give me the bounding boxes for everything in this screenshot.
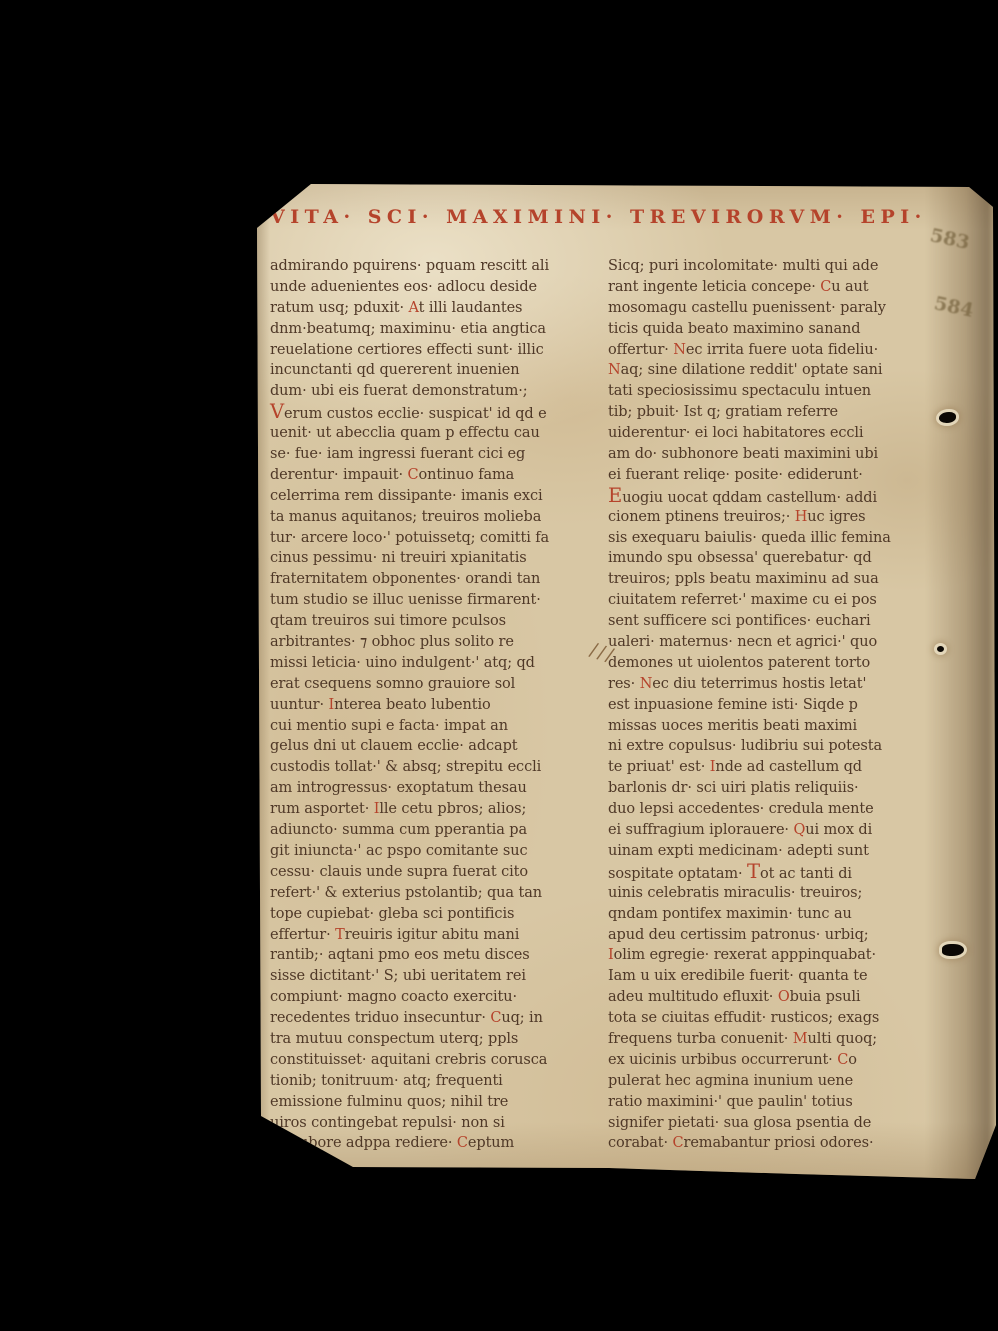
ink-text: unde aduenientes eos· adlocu deside (270, 279, 537, 295)
ink-text: pulerat hec agmina inunium uene (608, 1073, 853, 1089)
ink-text: am introgressus· exoptatum thesau (270, 780, 527, 796)
rubricated-initial: E (608, 484, 622, 507)
manuscript-text-line: qtam treuiros sui timore pculsos (270, 611, 588, 632)
manuscript-text-line: demones ut uiolentos paterent torto (608, 653, 944, 674)
manuscript-text-line: dnm·beatumq; maximinu· etia angtica (270, 319, 588, 340)
rubricated-initial: T (335, 927, 345, 943)
manuscript-text-line: res· Nec diu teterrimus hostis letat' (608, 674, 944, 695)
rubricated-initial: O (778, 989, 790, 1005)
ink-text: refert·' & exterius pstolantib; qua tan (270, 885, 542, 901)
ink-text: corabat· (608, 1135, 673, 1151)
ink-text: tum studio se illuc uenisse firmarent· (270, 592, 541, 608)
ink-text: ec irrita fuere uota fideliu· (686, 342, 878, 358)
ink-text: ontinuo fama (418, 467, 514, 483)
manuscript-text-line: refert·' & exterius pstolantib; qua tan (270, 883, 588, 904)
ink-text: ot ac tanti di (760, 866, 852, 882)
ink-text: ticis quida beato maximino sanand (608, 321, 860, 337)
manuscript-text-line: Iolim egregie· rexerat apppinquabat· (608, 945, 944, 966)
ink-text: tota se ciuitas effudit· rusticos; exags (608, 1010, 879, 1026)
manuscript-text-line: sis exequaru baiulis· queda illic femina (608, 528, 944, 549)
ink-text: sent sufficere sci pontifices· euchari (608, 613, 871, 629)
ink-text: arbitrantes· ⁊ obhoc plus solito re (270, 634, 514, 650)
ink-text: incunctanti qd quererent inuenien (270, 362, 519, 378)
ink-text: treuiros; ppls beatu maximinu ad sua (608, 571, 879, 587)
ink-text: nterea beato lubentio (334, 697, 490, 713)
ink-text: ratum usq; pduxit· (270, 300, 409, 316)
manuscript-text-line: uiros contingebat repulsi· non si (270, 1113, 588, 1134)
manuscript-text-line: ratio maximini·' que paulin' totius (608, 1092, 944, 1113)
manuscript-text-line: gelus dni ut clauem ecclie· adcapt (270, 736, 588, 757)
ink-text: fraternitatem obponentes· orandi tan (270, 571, 540, 587)
ink-text: ulti quoq; (807, 1031, 877, 1047)
ink-text: tib; pbuit· Ist q; gratiam referre (608, 404, 838, 420)
ink-text: qndam pontifex maximin· tunc au (608, 906, 852, 922)
rubricated-initial: H (795, 509, 808, 525)
manuscript-text-line: ei fuerant reliqe· posite· ediderunt· (608, 465, 944, 486)
ink-text: git iniuncta·' ac pspo comitante suc (270, 843, 528, 859)
rubricated-initial: V (270, 400, 284, 423)
manuscript-text-line: ualeri· maternus· necn et agrici·' quo (608, 632, 944, 653)
ink-text: Sicq; puri incolomitate· multi qui ade (608, 258, 878, 274)
manuscript-text-line: signifer pietati· sua glosa psentia de (608, 1113, 944, 1134)
manuscript-text-line: qndam pontifex maximin· tunc au (608, 904, 944, 925)
ink-text: dum· ubi eis fuerat demonstratum·; (270, 383, 528, 399)
ink-text: cionem ptinens treuiros;· (608, 509, 795, 525)
manuscript-text-line: emissione fulminu quos; nihil tre (270, 1092, 588, 1113)
ink-text: ni extre copulsus· ludibriu sui potesta (608, 738, 882, 754)
ink-text: compiunt· magno coacto exercitu· (270, 989, 517, 1005)
ink-text: buia psuli (790, 989, 861, 1005)
manuscript-text-line: rant ingente leticia concepe· Cu aut (608, 277, 944, 298)
manuscript-text-line: Sicq; puri incolomitate· multi qui ade (608, 256, 944, 277)
manuscript-text-line: cessu· clauis unde supra fuerat cito (270, 862, 588, 883)
ink-text: demones ut uiolentos paterent torto (608, 655, 870, 671)
rubric-title: VITA· SCI· MAXIMINI· TREVIRORVM· EPI· (270, 206, 970, 228)
ink-text: tra mutuu conspectum uterq; ppls (270, 1031, 518, 1047)
rubricated-initial: M (793, 1031, 808, 1047)
manuscript-text-line: frequens turba conuenit· Multi quoq; (608, 1029, 944, 1050)
ink-text: rum asportet· (270, 801, 374, 817)
ink-text: ratio maximini·' que paulin' totius (608, 1094, 853, 1110)
ink-text: eptum (468, 1135, 514, 1151)
manuscript-text-line: dum· ubi eis fuerat demonstratum·; (270, 381, 588, 402)
ink-text: tope cupiebat· gleba sci pontificis (270, 906, 514, 922)
parchment-page: VITA· SCI· MAXIMINI· TREVIRORVM· EPI· ad… (256, 180, 996, 1182)
ink-text: lle cetu pbros; alios; (379, 801, 526, 817)
manuscript-text-line: custodis tollat·' & absq; strepitu eccli (270, 757, 588, 778)
ink-text: remabantur priosi odores· (684, 1135, 874, 1151)
manuscript-text-line: tum studio se illuc uenisse firmarent· (270, 590, 588, 611)
manuscript-text-line: fraternitatem obponentes· orandi tan (270, 569, 588, 590)
ink-text: ta manus aquitanos; treuiros molieba (270, 509, 541, 525)
manuscript-text-line: Naq; sine dilatione reddit' optate sani (608, 360, 944, 381)
manuscript-text-line: tota se ciuitas effudit· rusticos; exags (608, 1008, 944, 1029)
manuscript-text-line: te priuat' est· Inde ad castellum qd (608, 757, 944, 778)
ink-text: te priuat' est· (608, 759, 710, 775)
ink-text: se· fue· iam ingressi fuerant cici eg (270, 446, 525, 462)
ink-text: uc igres (807, 509, 865, 525)
ink-text: ei suffragium iplorauere· (608, 822, 793, 838)
manuscript-text-line: uenit· ut abecclia quam p effectu cau (270, 423, 588, 444)
manuscript-text-line: tope cupiebat· gleba sci pontificis (270, 904, 588, 925)
manuscript-text-line: derentur· impauit· Continuo fama (270, 465, 588, 486)
ink-text: erum custos ecclie· suspicat' id qd e (284, 406, 547, 422)
ink-text: admirando pquirens· pquam rescitt ali (270, 258, 549, 274)
manuscript-text-line: ratum usq; pduxit· At illi laudantes (270, 298, 588, 319)
manuscript-text-line: rum asportet· Ille cetu pbros; alios; (270, 799, 588, 820)
ink-text: adiuncto· summa cum pperantia pa (270, 822, 527, 838)
left-edge-shadow (256, 180, 270, 1182)
ink-text: custodis tollat·' & absq; strepitu eccli (270, 759, 541, 775)
manuscript-text-line: git iniuncta·' ac pspo comitante suc (270, 841, 588, 862)
manuscript-text-line: adiuncto· summa cum pperantia pa (270, 820, 588, 841)
manuscript-text-line: cui mentio supi e facta· impat an (270, 716, 588, 737)
manuscript-text-line: tur· arcere loco·' potuissetq; comitti f… (270, 528, 588, 549)
text-column-left: admirando pquirens· pquam rescitt aliund… (270, 256, 588, 1154)
ink-text: ec diu teterrimus hostis letat' (652, 676, 866, 692)
ink-text: apud deu certissim patronus· urbiq; (608, 927, 869, 943)
manuscript-photo-background: VITA· SCI· MAXIMINI· TREVIRORVM· EPI· ad… (0, 0, 998, 1331)
rubricated-initial: T (747, 860, 760, 883)
ink-text: adeu multitudo efluxit· (608, 989, 778, 1005)
manuscript-text-line: ex uicinis urbibus occurrerunt· Co (608, 1050, 944, 1071)
manuscript-text-line: sospitate optatam· Tot ac tanti di (608, 862, 944, 883)
rubricated-initial: N (640, 676, 653, 692)
rubricated-initial: N (608, 362, 621, 378)
ink-text: uiderentur· ei loci habitatores eccli (608, 425, 863, 441)
rubricated-initial: N (673, 342, 686, 358)
ink-text: gelus dni ut clauem ecclie· adcapt (270, 738, 518, 754)
manuscript-text-line: am introgressus· exoptatum thesau (270, 778, 588, 799)
ink-text: barlonis dr· sci uiri platis reliquiis· (608, 780, 859, 796)
manuscript-text-line: tionib; tonitruum· atq; frequenti (270, 1071, 588, 1092)
ink-text: tur· arcere loco·' potuissetq; comitti f… (270, 530, 549, 546)
ink-text: uogiu uocat qddam castellum· addi (622, 490, 877, 506)
manuscript-text-line: ei suffragium iplorauere· Qui mox di (608, 820, 944, 841)
manuscript-text-line: offertur· Nec irrita fuere uota fideliu· (608, 340, 944, 361)
ink-text: offertur· (608, 342, 673, 358)
manuscript-text-line: admirando pquirens· pquam rescitt ali (270, 256, 588, 277)
manuscript-text-line: rantib;· aqtani pmo eos metu disces (270, 945, 588, 966)
ink-text: imundo spu obsessa' querebatur· qd (608, 550, 872, 566)
manuscript-text-line: se· fue· iam ingressi fuerant cici eg (270, 444, 588, 465)
manuscript-text-line: sisse dictitant·' S; ubi ueritatem rei (270, 966, 588, 987)
ink-text: mosomagu castellu puenissent· paraly (608, 300, 886, 316)
manuscript-text-line: reuelatione certiores effecti sunt· illi… (270, 340, 588, 361)
manuscript-text-line: uuntur· Interea beato lubentio (270, 695, 588, 716)
ink-text: recedentes triduo insecuntur· (270, 1010, 490, 1026)
manuscript-text-line: cionem ptinens treuiros;· Huc igres (608, 507, 944, 528)
ink-text: uenit· ut abecclia quam p effectu cau (270, 425, 540, 441)
rubricated-initial: Q (793, 822, 805, 838)
ink-text: nde ad castellum qd (715, 759, 862, 775)
manuscript-text-line: pulerat hec agmina inunium uene (608, 1071, 944, 1092)
manuscript-text-line: tib; pbuit· Ist q; gratiam referre (608, 402, 944, 423)
manuscript-text-line: celerrima rem dissipante· imanis exci (270, 486, 588, 507)
ink-text: res· (608, 676, 640, 692)
manuscript-text-line: ne rubore adppa rediere· Ceptum (270, 1133, 588, 1154)
ink-text: uq; in (501, 1010, 543, 1026)
ink-text: Iam u uix eredibile fuerit· quanta te (608, 968, 868, 984)
ink-text: sis exequaru baiulis· queda illic femina (608, 530, 891, 546)
ink-text: derentur· impauit· (270, 467, 407, 483)
manuscript-text-line: effertur· Treuiris igitur abitu mani (270, 925, 588, 946)
rubricated-initial: C (407, 467, 418, 483)
manuscript-text-line: tati speciosissimu spectaculu intuen (608, 381, 944, 402)
rubricated-initial: C (837, 1052, 848, 1068)
ink-text: signifer pietati· sua glosa psentia de (608, 1115, 871, 1131)
manuscript-text-line: arbitrantes· ⁊ obhoc plus solito re (270, 632, 588, 653)
ink-text: duo lepsi accedentes· credula mente (608, 801, 874, 817)
manuscript-text-line: corabat· Cremabantur priosi odores· (608, 1133, 944, 1154)
manuscript-text-line: cinus pessimu· ni treuiri xpianitatis (270, 548, 588, 569)
ink-text: uinis celebratis miraculis· treuiros; (608, 885, 862, 901)
ink-text: dnm·beatumq; maximinu· etia angtica (270, 321, 546, 337)
manuscript-text-line: tra mutuu conspectum uterq; ppls (270, 1029, 588, 1050)
manuscript-text-line: uiderentur· ei loci habitatores eccli (608, 423, 944, 444)
rubricated-initial: C (490, 1010, 501, 1026)
ink-text: uuntur· (270, 697, 329, 713)
ink-text: rant ingente leticia concepe· (608, 279, 820, 295)
ink-text: effertur· (270, 927, 335, 943)
manuscript-text-line: Euogiu uocat qddam castellum· addi (608, 486, 944, 507)
ink-text: cessu· clauis unde supra fuerat cito (270, 864, 528, 880)
ink-text: ei fuerant reliqe· posite· ediderunt· (608, 467, 863, 483)
rubricated-initial: C (673, 1135, 684, 1151)
ink-text: celerrima rem dissipante· imanis exci (270, 488, 543, 504)
rubricated-initial: A (409, 300, 419, 316)
manuscript-text-line: ni extre copulsus· ludibriu sui potesta (608, 736, 944, 757)
ink-text: frequens turba conuenit· (608, 1031, 793, 1047)
manuscript-text-line: sent sufficere sci pontifices· euchari (608, 611, 944, 632)
manuscript-text-line: barlonis dr· sci uiri platis reliquiis· (608, 778, 944, 799)
manuscript-text-line: mosomagu castellu puenissent· paraly (608, 298, 944, 319)
ink-text: ui mox di (805, 822, 872, 838)
manuscript-text-line: imundo spu obsessa' querebatur· qd (608, 548, 944, 569)
manuscript-text-line: ta manus aquitanos; treuiros molieba (270, 507, 588, 528)
ink-text: uiros contingebat repulsi· non si (270, 1115, 505, 1131)
manuscript-text-line: uinis celebratis miraculis· treuiros; (608, 883, 944, 904)
ink-text: uinam expti medicinam· adepti sunt (608, 843, 869, 859)
manuscript-text-line: ticis quida beato maximino sanand (608, 319, 944, 340)
ink-text: ne rubore adppa rediere· (270, 1135, 457, 1151)
ink-text: u aut (831, 279, 868, 295)
ink-text: olim egregie· rexerat apppinquabat· (614, 947, 876, 963)
wormhole (937, 646, 944, 652)
ink-text: o (848, 1052, 857, 1068)
manuscript-text-line: missi leticia· uino indulgent·' atq; qd (270, 653, 588, 674)
manuscript-text-line: est inpuasione femine isti· Siqde p (608, 695, 944, 716)
manuscript-text-line: adeu multitudo efluxit· Obuia psuli (608, 987, 944, 1008)
text-column-right: Sicq; puri incolomitate· multi qui adera… (608, 256, 944, 1154)
ink-text: sisse dictitant·' S; ubi ueritatem rei (270, 968, 526, 984)
ink-text: aq; sine dilatione reddit' optate sani (621, 362, 883, 378)
ink-text: qtam treuiros sui timore pculsos (270, 613, 506, 629)
manuscript-text-line: duo lepsi accedentes· credula mente (608, 799, 944, 820)
manuscript-text-line: missas uoces meritis beati maximi (608, 716, 944, 737)
rubricated-initial: C (820, 279, 831, 295)
ink-text: tati speciosissimu spectaculu intuen (608, 383, 871, 399)
rubricated-initial: C (457, 1135, 468, 1151)
manuscript-text-line: apud deu certissim patronus· urbiq; (608, 925, 944, 946)
ink-text: est inpuasione femine isti· Siqde p (608, 697, 858, 713)
ink-text: cinus pessimu· ni treuiri xpianitatis (270, 550, 527, 566)
ink-text: tionib; tonitruum· atq; frequenti (270, 1073, 503, 1089)
manuscript-text-line: Verum custos ecclie· suspicat' id qd e (270, 402, 588, 423)
manuscript-text-line: erat csequens somno grauiore sol (270, 674, 588, 695)
ink-text: cui mentio supi e facta· impat an (270, 718, 508, 734)
ink-text: rantib;· aqtani pmo eos metu disces (270, 947, 530, 963)
ink-text: missi leticia· uino indulgent·' atq; qd (270, 655, 535, 671)
ink-text: t illi laudantes (419, 300, 523, 316)
manuscript-text-line: treuiros; ppls beatu maximinu ad sua (608, 569, 944, 590)
ink-text: ciuitatem referret·' maxime cu ei pos (608, 592, 877, 608)
manuscript-text-line: incunctanti qd quererent inuenien (270, 360, 588, 381)
ink-text: ex uicinis urbibus occurrerunt· (608, 1052, 837, 1068)
manuscript-text-line: unde aduenientes eos· adlocu deside (270, 277, 588, 298)
manuscript-text-line: am do· subhonore beati maximini ubi (608, 444, 944, 465)
manuscript-text-line: uinam expti medicinam· adepti sunt (608, 841, 944, 862)
manuscript-text-line: recedentes triduo insecuntur· Cuq; in (270, 1008, 588, 1029)
manuscript-text-line: ciuitatem referret·' maxime cu ei pos (608, 590, 944, 611)
ink-text: missas uoces meritis beati maximi (608, 718, 857, 734)
ink-text: sospitate optatam· (608, 866, 747, 882)
ink-text: emissione fulminu quos; nihil tre (270, 1094, 508, 1110)
ink-text: reuiris igitur abitu mani (345, 927, 520, 943)
ink-text: reuelatione certiores effecti sunt· illi… (270, 342, 544, 358)
ink-text: constituisset· aquitani crebris corusca (270, 1052, 547, 1068)
ink-text: am do· subhonore beati maximini ubi (608, 446, 878, 462)
manuscript-text-line: Iam u uix eredibile fuerit· quanta te (608, 966, 944, 987)
ink-text: erat csequens somno grauiore sol (270, 676, 515, 692)
manuscript-text-line: compiunt· magno coacto exercitu· (270, 987, 588, 1008)
ink-text: ualeri· maternus· necn et agrici·' quo (608, 634, 877, 650)
manuscript-text-line: constituisset· aquitani crebris corusca (270, 1050, 588, 1071)
